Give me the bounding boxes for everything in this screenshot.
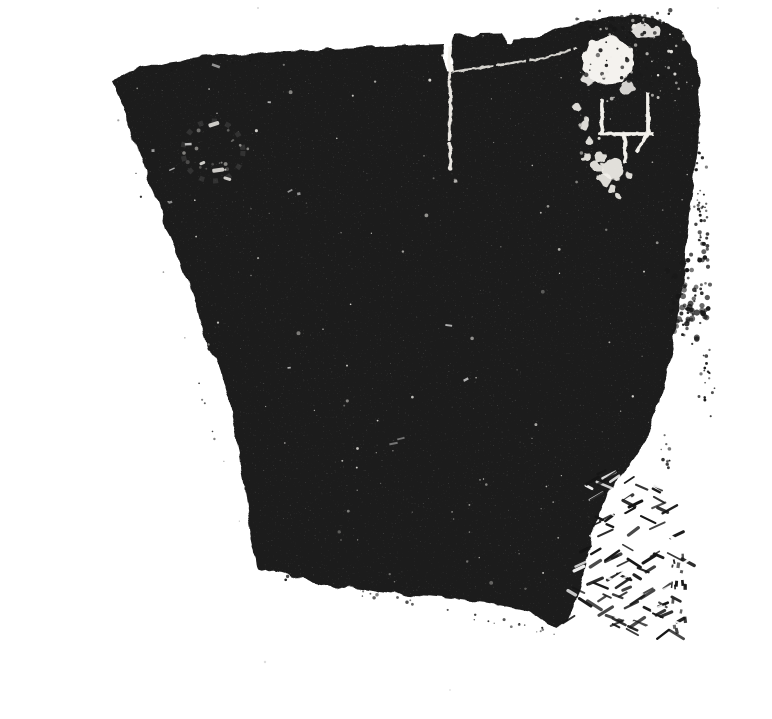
- scanned-photograph: [0, 0, 772, 719]
- fragment-image: [0, 0, 772, 719]
